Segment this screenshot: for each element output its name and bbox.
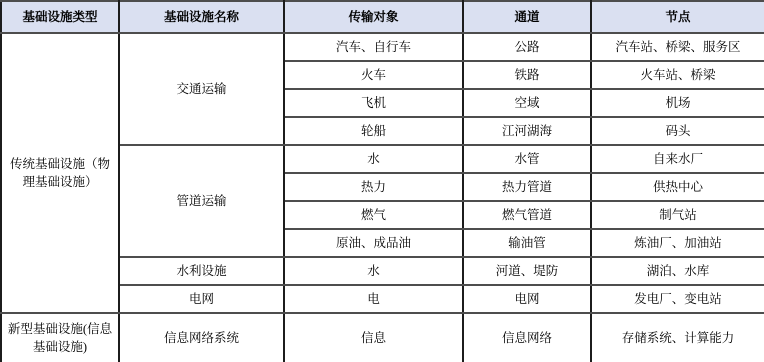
header-cell-name: 基础设施名称 — [119, 1, 284, 33]
table-cell: 炼油厂、加油站 — [591, 229, 764, 257]
table-cell: 水 — [284, 145, 463, 173]
table-cell: 空域 — [463, 89, 591, 117]
header-cell-node: 节点 — [591, 1, 764, 33]
table-cell: 水 — [284, 257, 463, 285]
table-cell: 水管 — [463, 145, 591, 173]
table-cell: 轮船 — [284, 117, 463, 145]
table-cell: 火车 — [284, 61, 463, 89]
table-cell: 电 — [284, 285, 463, 313]
table-cell: 汽车、自行车 — [284, 33, 463, 61]
table-cell: 供热中心 — [591, 173, 764, 201]
table-cell: 制气站 — [591, 201, 764, 229]
cell-group-transport: 交通运输 — [119, 33, 284, 145]
table-cell: 河道、堤防 — [463, 257, 591, 285]
table-cell: 汽车站、桥梁、服务区 — [591, 33, 764, 61]
table-cell: 火车站、桥梁 — [591, 61, 764, 89]
infrastructure-table: 基础设施类型 基础设施名称 传输对象 通道 节点 传统基础设施（物理基础设施） … — [0, 0, 764, 362]
table-cell: 飞机 — [284, 89, 463, 117]
table-cell: 信息 — [284, 313, 463, 362]
table-cell: 码头 — [591, 117, 764, 145]
table-cell: 铁路 — [463, 61, 591, 89]
table-cell: 湖泊、水库 — [591, 257, 764, 285]
header-row: 基础设施类型 基础设施名称 传输对象 通道 节点 — [1, 1, 764, 33]
table-cell: 发电厂、变电站 — [591, 285, 764, 313]
table-cell: 机场 — [591, 89, 764, 117]
table-cell: 信息网络 — [463, 313, 591, 362]
header-cell-type: 基础设施类型 — [1, 1, 119, 33]
cell-group-grid: 电网 — [119, 285, 284, 313]
cell-group-information: 信息网络系统 — [119, 313, 284, 362]
table-cell: 电网 — [463, 285, 591, 313]
header-cell-object: 传输对象 — [284, 1, 463, 33]
cell-category-new: 新型基础设施(信息基础设施) — [1, 313, 119, 362]
table-cell: 存储系统、计算能力 — [591, 313, 764, 362]
table-cell: 输油管 — [463, 229, 591, 257]
cell-group-water: 水利设施 — [119, 257, 284, 285]
cell-category-traditional: 传统基础设施（物理基础设施） — [1, 33, 119, 313]
table-row: 传统基础设施（物理基础设施） 交通运输 汽车、自行车 公路 汽车站、桥梁、服务区 — [1, 33, 764, 61]
table-row: 新型基础设施(信息基础设施) 信息网络系统 信息 信息网络 存储系统、计算能力 — [1, 313, 764, 362]
table-cell: 公路 — [463, 33, 591, 61]
table-cell: 原油、成品油 — [284, 229, 463, 257]
table-cell: 自来水厂 — [591, 145, 764, 173]
table-cell: 江河湖海 — [463, 117, 591, 145]
table-cell: 燃气 — [284, 201, 463, 229]
table-cell: 热力管道 — [463, 173, 591, 201]
table-cell: 热力 — [284, 173, 463, 201]
cell-group-pipeline: 管道运输 — [119, 145, 284, 257]
header-cell-channel: 通道 — [463, 1, 591, 33]
table-cell: 燃气管道 — [463, 201, 591, 229]
